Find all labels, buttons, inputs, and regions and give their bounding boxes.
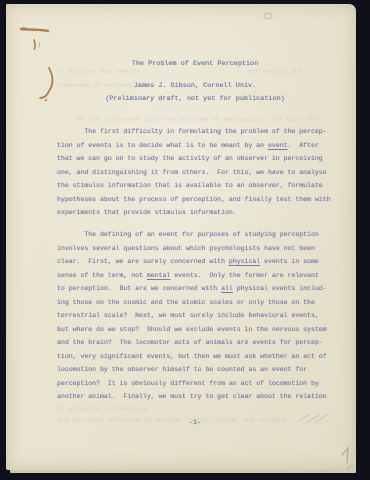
text-line: involves several questions about which p… <box>57 242 333 256</box>
text-line: The defining of an event for purposes of… <box>57 228 333 242</box>
text-line: tion, very significant events, but then … <box>57 350 333 364</box>
text-line: the stimulus information that is availab… <box>57 179 333 193</box>
bleed-through-line: of stimulus information <box>57 406 347 413</box>
text-line: but where do we stop? Should we exclude … <box>57 323 333 337</box>
paragraph-1: The first difficulty in formulating the … <box>57 125 333 220</box>
document-subtitle: (Preliminary draft, not yet for publicat… <box>57 95 333 103</box>
bleed-through-line: of motions and events not events are <box>57 68 347 75</box>
bleed-through-line: We are concerned with the problem of per… <box>57 116 347 123</box>
text-line: that we can go on to study the activity … <box>57 152 333 166</box>
text-line: tion of events is to decide what is to b… <box>57 139 333 153</box>
pencil-page-number <box>342 448 348 463</box>
text-line: experiments that provide stimulus inform… <box>57 206 333 220</box>
text-line: terrestrial scale? Next, we must surely … <box>57 309 333 323</box>
text-line: sense of the term, not mental events. On… <box>57 269 333 283</box>
text-line: ing those on the cosmic and the atomic s… <box>57 296 333 310</box>
text-line: to perception. But are we concerned with… <box>57 282 333 296</box>
document-page: The Problem of Event Perception James J.… <box>6 4 356 470</box>
text-line: clear. First, we are surely concerned wi… <box>57 255 333 269</box>
text-line: locomotion by the observer himself to be… <box>57 363 333 377</box>
text-line: one, and distinguishing it from others. … <box>57 166 333 180</box>
text-line: another animal. Finally, we must try to … <box>57 390 333 404</box>
text-line: and the brain? The locomotor acts of ani… <box>57 336 333 350</box>
text-line: hypotheses about the process of percepti… <box>57 193 333 207</box>
text-line: The first difficulty in formulating the … <box>57 125 333 139</box>
document-title: The Problem of Event Perception <box>57 60 333 68</box>
text-line: perception? It is obviously different fr… <box>57 377 333 391</box>
bleed-through-line: composed of motions <box>57 82 347 89</box>
paragraph-2: The defining of an event for purposes of… <box>57 228 333 404</box>
page-number: -1- <box>57 419 333 427</box>
